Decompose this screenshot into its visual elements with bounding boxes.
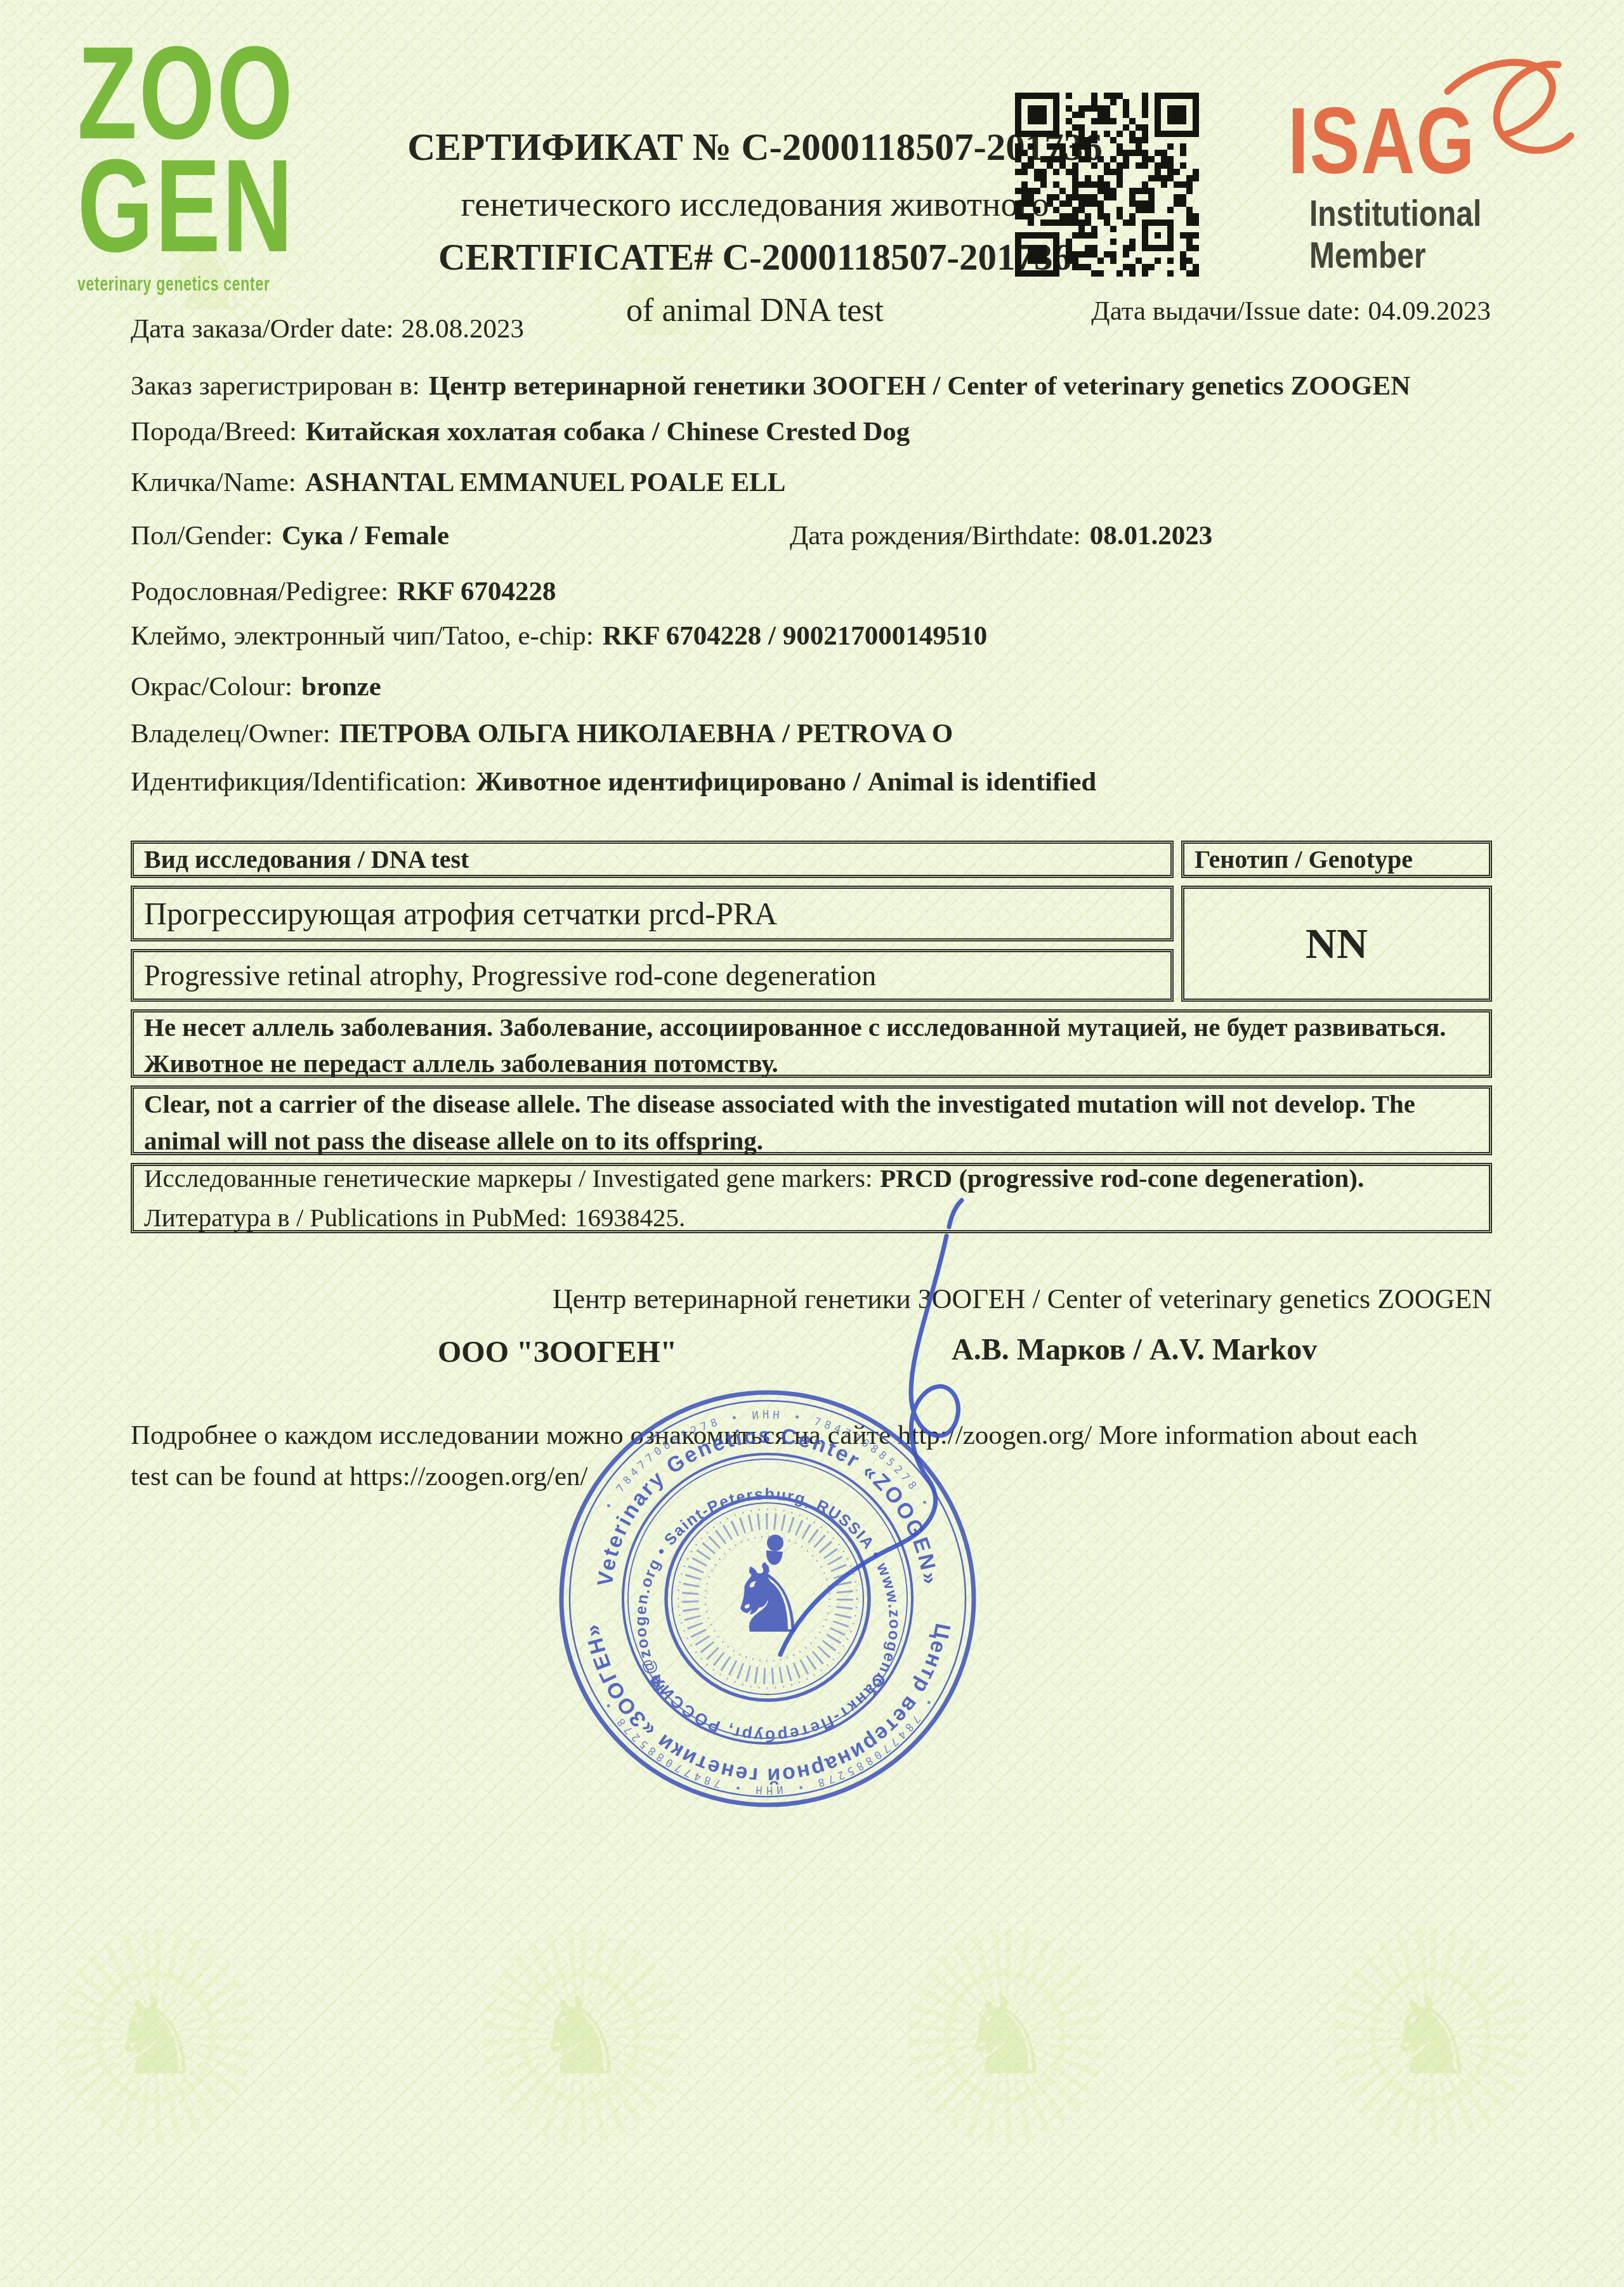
publications-line: Литература в / Publications in PubMed:16… — [144, 1198, 685, 1238]
field-identification-label: Идентификция/Identification: — [131, 767, 467, 797]
title-en: CERTIFICATE# C-2000118507-201736 — [393, 235, 1116, 279]
issue-date-label: Дата выдачи/Issue date: — [1091, 296, 1360, 326]
field-breed-value: Китайская хохлатая собака / Chinese Cres… — [306, 417, 910, 447]
field-name-value: ASHANTAL EMMANUEL POALE ELL — [305, 468, 786, 497]
watermark-medallion — [1332, 1929, 1529, 2144]
issue-date-line: Дата выдачи/Issue date:04.09.2023 — [1091, 296, 1491, 327]
field-registered: Заказ зарегистрирован в:Центр ветеринарн… — [131, 370, 1493, 403]
qr-code — [1015, 93, 1199, 277]
field-registered-value: Центр ветеринарной генетики ЗООГЕН / Cen… — [429, 371, 1410, 401]
field-identification-value: Животное идентифицировано / Animal is id… — [476, 767, 1096, 797]
order-date-label: Дата заказа/Order date: — [131, 314, 393, 344]
isag-dna-swirl-icon — [1424, 53, 1582, 180]
table-header-test: Вид исследования / DNA test — [131, 841, 1174, 878]
table-markers-row: Исследованные генетические маркеры / Inv… — [131, 1163, 1492, 1233]
table-conclusion-ru: Не несет аллель заболевания. Заболевание… — [131, 1009, 1492, 1078]
field-chip-value: RKF 6704228 / 900217000149510 — [603, 621, 987, 651]
field-gender-value: Сука / Female — [282, 521, 449, 551]
zoogen-logo-tagline: veterinary genetics center — [77, 272, 294, 297]
field-colour: Окрас/Colour:bronze — [131, 671, 1493, 704]
field-birthdate: Дата рождения/Birthdate:08.01.2023 — [790, 520, 1212, 553]
signer-name: А.В. Марков / A.V. Markov — [952, 1332, 1317, 1367]
field-breed: Порода/Breed:Китайская хохлатая собака /… — [131, 416, 1493, 449]
title-ru: СЕРТИФИКАТ № С-2000118507-201736 — [393, 126, 1116, 170]
signing-org-line: Центр ветеринарной генетики ЗООГЕН / Cen… — [553, 1283, 1492, 1315]
field-name: Кличка/Name:ASHANTAL EMMANUEL POALE ELL — [131, 467, 1493, 499]
issue-date-value: 04.09.2023 — [1368, 296, 1491, 326]
field-owner-value: ПЕТРОВА ОЛЬГА НИКОЛАЕВНА / PETROVA O — [339, 719, 953, 749]
field-registered-label: Заказ зарегистрирован в: — [131, 371, 420, 401]
markers-label: Исследованные генетические маркеры / Inv… — [144, 1163, 872, 1193]
title-ru-sub: генетического исследования животного — [393, 184, 1116, 224]
markers-line: Исследованные генетические маркеры / Inv… — [144, 1159, 1364, 1198]
field-pedigree: Родословная/Pedigree:RKF 6704228 — [131, 576, 1493, 608]
field-pedigree-value: RKF 6704228 — [397, 577, 556, 606]
certificate-page: ZOO GEN veterinary genetics center СЕРТИ… — [0, 0, 1624, 2287]
field-colour-label: Окрас/Colour: — [131, 672, 292, 702]
publications-value: 16938425. — [575, 1203, 685, 1232]
watermark-medallion — [907, 1929, 1104, 2144]
certificate-title: СЕРТИФИКАТ № С-2000118507-201736 генетич… — [393, 126, 1116, 329]
zoogen-logo-gen: GEN — [77, 150, 294, 263]
table-test-name-en: Progressive retinal atrophy, Progressive… — [131, 949, 1174, 1002]
field-pedigree-label: Родословная/Pedigree: — [131, 577, 388, 606]
field-colour-value: bronze — [301, 672, 381, 702]
table-conclusion-en: Clear, not a carrier of the disease alle… — [131, 1085, 1492, 1155]
field-chip: Клеймо, электронный чип/Tatoo, e-chip:RK… — [131, 620, 1493, 653]
zoogen-logo: ZOO GEN veterinary genetics center — [77, 37, 294, 297]
field-identification: Идентификция/Identification:Животное иде… — [131, 766, 1493, 799]
field-birthdate-label: Дата рождения/Birthdate: — [790, 521, 1081, 551]
table-header-genotype: Генотип / Genotype — [1181, 841, 1492, 878]
markers-value: PRCD (progressive rod-cone degeneration)… — [880, 1163, 1364, 1193]
field-breed-label: Порода/Breed: — [131, 417, 297, 447]
isag-subtitle: Institutional Member — [1309, 193, 1574, 277]
field-name-label: Кличка/Name: — [131, 468, 296, 497]
dna-test-table: Вид исследования / DNA test Генотип / Ge… — [131, 841, 1492, 1233]
order-date-line: Дата заказа/Order date:28.08.2023 — [131, 313, 524, 344]
round-stamp: Veterinary Genetics Center «ZOOGEN» Цент… — [546, 1377, 990, 1821]
stamp-inner-bottom: Санкт-Петербург, РОССИЯ — [645, 1670, 890, 1746]
field-chip-label: Клеймо, электронный чип/Tatoo, e-chip: — [131, 621, 594, 651]
horse-and-rider-icon: ♞ — [725, 1544, 810, 1655]
svg-text:Санкт-Петербург, РОССИЯ: Санкт-Петербург, РОССИЯ — [645, 1670, 890, 1746]
table-test-name-ru: Прогрессирующая атрофия сетчатки prcd-PR… — [131, 886, 1174, 941]
table-genotype-value: NN — [1181, 886, 1492, 1002]
field-birthdate-value: 08.01.2023 — [1090, 521, 1213, 551]
watermark-medallion — [482, 1929, 679, 2144]
field-owner-label: Владелец/Owner: — [131, 719, 331, 749]
publications-label: Литература в / Publications in PubMed: — [144, 1203, 567, 1232]
field-gender-label: Пол/Gender: — [131, 521, 273, 551]
order-date-value: 28.08.2023 — [401, 314, 524, 344]
field-gender: Пол/Gender:Сука / Female Дата рождения/B… — [131, 520, 1493, 553]
field-owner: Владелец/Owner:ПЕТРОВА ОЛЬГА НИКОЛАЕВНА … — [131, 718, 1493, 750]
watermark-medallion — [57, 1929, 254, 2144]
company-name: ООО "ЗООГЕН" — [438, 1335, 677, 1370]
